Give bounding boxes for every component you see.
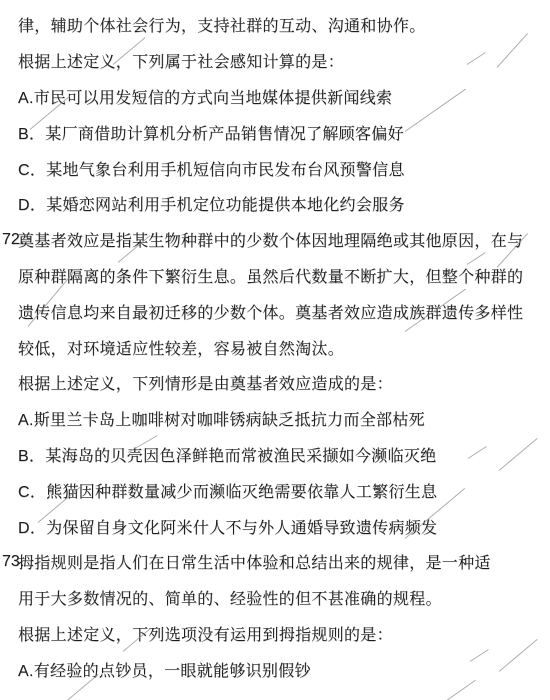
line-text: 原种群隔离的条件下繁衍生息。虽然后代数量不断扩大，但整个种群的	[18, 264, 523, 287]
text-line: C．熊猫因种群数量减少而濒临灭绝需要依靠人工繁衍生息	[0, 472, 550, 508]
text-line: A.斯里兰卡岛上咖啡树对咖啡锈病缺乏抵抗力而全部枯死	[0, 401, 550, 437]
text-line: D．某婚恋网站利用手机定位功能提供本地化约会服务	[0, 186, 550, 222]
line-text: C．某地气象台利用手机短信向市民发布台风预警信息	[18, 157, 405, 180]
line-text: 律，辅助个体社会行为，支持社群的互动、沟通和协作。	[18, 13, 426, 36]
line-text: 用于大多数情况的、简单的、经验性的但不甚准确的规程。	[18, 586, 442, 609]
text-line: C．某地气象台利用手机短信向市民发布台风预警信息	[0, 150, 550, 186]
line-text: D．某婚恋网站利用手机定位功能提供本地化约会服务	[18, 192, 405, 215]
text-line: 用于大多数情况的、简单的、经验性的但不甚准确的规程。	[0, 580, 550, 616]
text-line: 遗传信息均来自最初迁移的少数个体。奠基者效应造成族群遗传多样性	[0, 293, 550, 329]
text-line: A.市民可以用发短信的方式向当地媒体提供新闻线索	[0, 79, 550, 115]
document-page: 律，辅助个体社会行为，支持社群的互动、沟通和协作。根据上述定义，下列属于社会感知…	[0, 0, 550, 700]
question-line: 72.奠基者效应是指某生物种群中的少数个体因地理隔绝或其他原因，在与	[0, 222, 550, 258]
line-text: 较低，对环境适应性较差，容易被自然淘汰。	[18, 336, 344, 359]
line-text: A.有经验的点钞员，一眼就能够识别假钞	[18, 658, 311, 681]
question-number: 72.	[2, 231, 24, 249]
line-text: B．某海岛的贝壳因色泽鲜艳而常被渔民采撷如今濒临灭绝	[18, 443, 436, 466]
line-text: 根据上述定义，下列情形是由奠基者效应造成的是：	[18, 371, 393, 394]
text-line: B．某厂商借助计算机分析产品销售情况了解顾客偏好	[0, 114, 550, 150]
text-line: 较低，对环境适应性较差，容易被自然淘汰。	[0, 329, 550, 365]
question-line: 73.拇指规则是指人们在日常生活中体验和总结出来的规律，是一种适	[0, 544, 550, 580]
line-text: A.市民可以用发短信的方式向当地媒体提供新闻线索	[18, 85, 392, 108]
text-line: D．为保留自身文化阿米什人不与外人通婚导致遗传病频发	[0, 508, 550, 544]
line-text: 遗传信息均来自最初迁移的少数个体。奠基者效应造成族群遗传多样性	[18, 300, 523, 323]
line-text: 根据上述定义，下列属于社会感知计算的是：	[18, 49, 344, 72]
line-text: 奠基者效应是指某生物种群中的少数个体因地理隔绝或其他原因，在与	[18, 228, 523, 251]
line-text: 拇指规则是指人们在日常生活中体验和总结出来的规律，是一种适	[18, 550, 491, 573]
text-line: A.有经验的点钞员，一眼就能够识别假钞	[0, 651, 550, 687]
line-text: A.斯里兰卡岛上咖啡树对咖啡锈病缺乏抵抗力而全部枯死	[18, 407, 425, 430]
question-number: 73.	[2, 553, 24, 571]
text-line: 原种群隔离的条件下繁衍生息。虽然后代数量不断扩大，但整个种群的	[0, 258, 550, 294]
line-text: B．某厂商借助计算机分析产品销售情况了解顾客偏好	[18, 121, 404, 144]
text-block: 律，辅助个体社会行为，支持社群的互动、沟通和协作。根据上述定义，下列属于社会感知…	[0, 7, 550, 687]
text-line: 根据上述定义，下列情形是由奠基者效应造成的是：	[0, 365, 550, 401]
text-line: B．某海岛的贝壳因色泽鲜艳而常被渔民采撷如今濒临灭绝	[0, 437, 550, 473]
text-line: 律，辅助个体社会行为，支持社群的互动、沟通和协作。	[0, 7, 550, 43]
text-line: 根据上述定义，下列属于社会感知计算的是：	[0, 43, 550, 79]
line-text: D．为保留自身文化阿米什人不与外人通婚导致遗传病频发	[18, 515, 437, 538]
line-text: C．熊猫因种群数量减少而濒临灭绝需要依靠人工繁衍生息	[18, 479, 437, 502]
line-text: 根据上述定义，下列选项没有运用到拇指规则的是：	[18, 622, 393, 645]
text-line: 根据上述定义，下列选项没有运用到拇指规则的是：	[0, 616, 550, 652]
